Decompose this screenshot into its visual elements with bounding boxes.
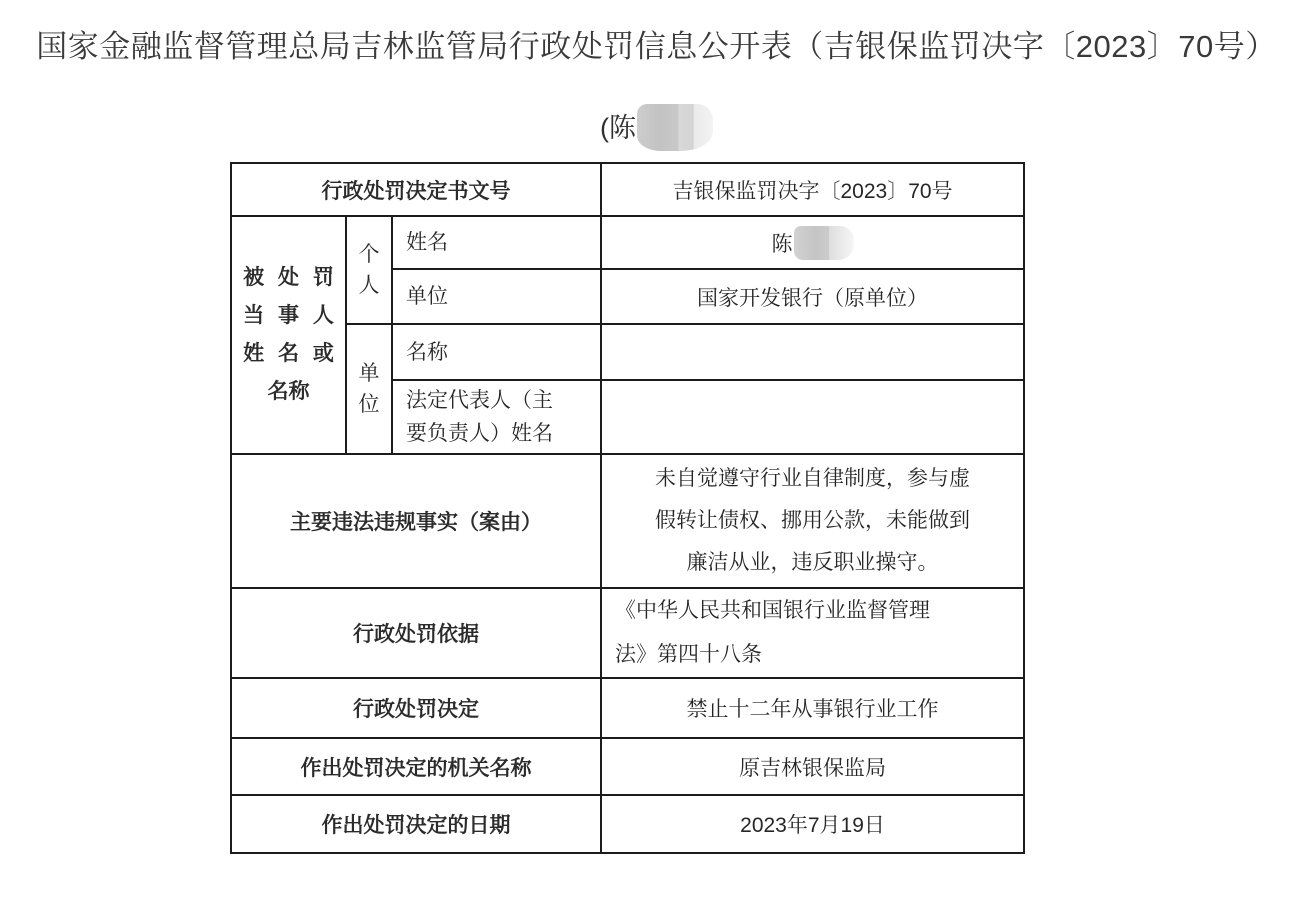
- subtitle-name-redaction-blob: [637, 104, 713, 151]
- individual-name-visible-text: 陈: [772, 233, 793, 256]
- subtitle-line: (陈: [0, 104, 1313, 156]
- penalty-info-table: 行政处罚决定书文号 吉银保监罚决字〔2023〕70号 被 处 罚 当 事 人 姓…: [230, 162, 1025, 854]
- decision-label: 行政处罚决定: [231, 678, 601, 738]
- facts-label: 主要违法违规事实（案由）: [231, 454, 601, 588]
- org-name-label: 名称: [392, 324, 601, 380]
- row-doc-number: 行政处罚决定书文号 吉银保监罚决字〔2023〕70号: [231, 163, 1024, 216]
- legal-rep-label: 法定代表人（主 要负责人）姓名: [392, 380, 601, 454]
- authority-label: 作出处罚决定的机关名称: [231, 738, 601, 795]
- individual-unit-value: 国家开发银行（原单位）: [601, 269, 1024, 324]
- doc-number-label: 行政处罚决定书文号: [231, 163, 601, 216]
- individual-name-label: 姓名: [392, 216, 601, 269]
- org-group-label: 单 位: [346, 324, 392, 454]
- row-authority: 作出处罚决定的机关名称 原吉林银保监局: [231, 738, 1024, 795]
- individual-name-redaction-blob: [794, 226, 854, 260]
- basis-label: 行政处罚依据: [231, 588, 601, 678]
- subtitle-text: (陈: [600, 113, 636, 143]
- row-individual-name: 被 处 罚 当 事 人 姓 名 或 名称 个 人 姓名 陈: [231, 216, 1024, 269]
- decision-value: 禁止十二年从事银行业工作: [601, 678, 1024, 738]
- individual-group-label: 个 人: [346, 216, 392, 324]
- row-decision: 行政处罚决定 禁止十二年从事银行业工作: [231, 678, 1024, 738]
- row-basis: 行政处罚依据 《中华人民共和国银行业监督管理 法》第四十八条: [231, 588, 1024, 678]
- org-name-value: [601, 324, 1024, 380]
- individual-name-value: 陈: [601, 216, 1024, 269]
- date-value: 2023年7月19日: [601, 795, 1024, 853]
- party-name-label: 被 处 罚 当 事 人 姓 名 或 名称: [231, 216, 346, 454]
- doc-number-value: 吉银保监罚决字〔2023〕70号: [601, 163, 1024, 216]
- facts-value: 未自觉遵守行业自律制度，参与虚 假转让债权、挪用公款，未能做到 廉洁从业，违反职…: [601, 454, 1024, 588]
- authority-value: 原吉林银保监局: [601, 738, 1024, 795]
- page-title: 国家金融监督管理总局吉林监管局行政处罚信息公开表（吉银保监罚决字〔2023〕70…: [11, 22, 1303, 72]
- individual-unit-label: 单位: [392, 269, 601, 324]
- date-label: 作出处罚决定的日期: [231, 795, 601, 853]
- row-date: 作出处罚决定的日期 2023年7月19日: [231, 795, 1024, 853]
- row-facts: 主要违法违规事实（案由） 未自觉遵守行业自律制度，参与虚 假转让债权、挪用公款，…: [231, 454, 1024, 588]
- basis-value: 《中华人民共和国银行业监督管理 法》第四十八条: [601, 588, 1024, 678]
- legal-rep-value: [601, 380, 1024, 454]
- row-org-name: 单 位 名称: [231, 324, 1024, 380]
- penalty-disclosure-page: 国家金融监督管理总局吉林监管局行政处罚信息公开表（吉银保监罚决字〔2023〕70…: [0, 0, 1313, 907]
